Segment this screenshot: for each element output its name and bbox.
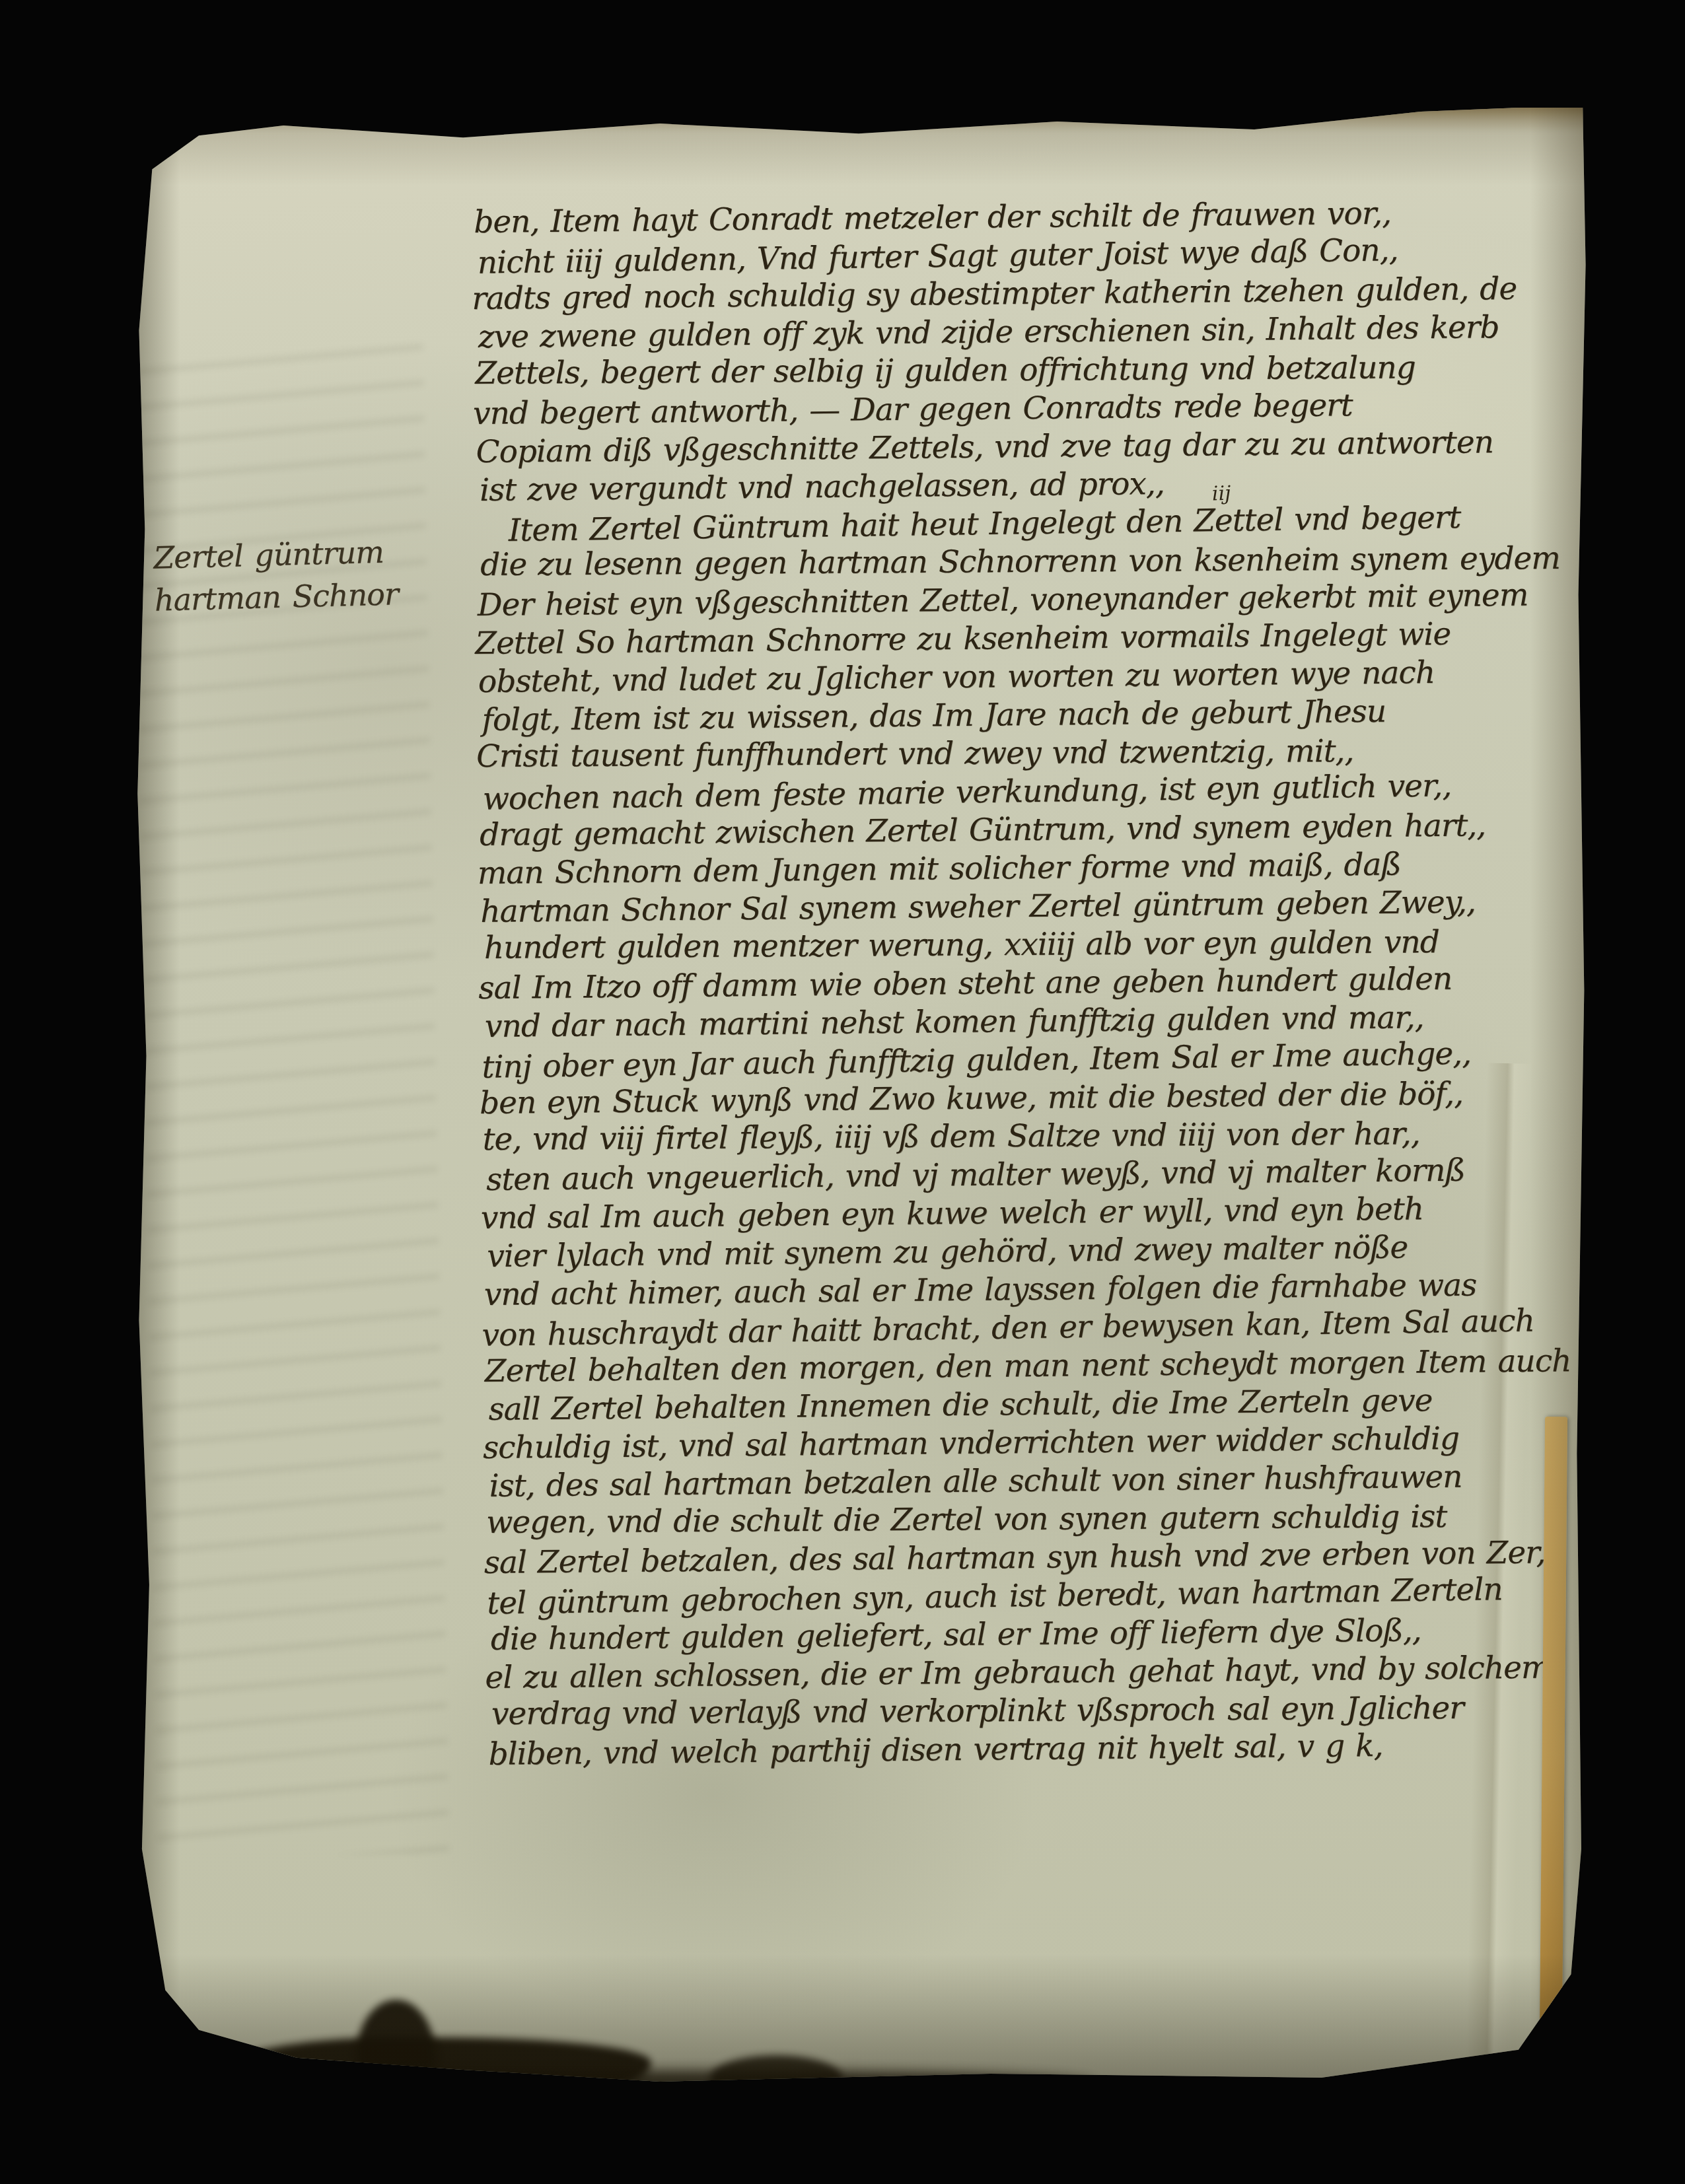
bottom-stain bbox=[357, 2000, 436, 2099]
photo-background: Zertel güntrum hartman Schnor ben, Item … bbox=[0, 0, 1685, 2184]
interline-insertion: iij bbox=[1211, 482, 1231, 506]
bottom-stain bbox=[710, 2055, 842, 2101]
margin-note-line: Zertel güntrum bbox=[153, 530, 398, 579]
top-edge-discoloration bbox=[129, 102, 1589, 132]
manuscript-page: Zertel güntrum hartman Schnor ben, Item … bbox=[129, 106, 1589, 2094]
manuscript-text: ben, Item hayt Conradt metzeler der schi… bbox=[474, 193, 1612, 1774]
repair-strip bbox=[1540, 1417, 1567, 2034]
margin-note: Zertel güntrum hartman Schnor bbox=[153, 530, 398, 621]
margin-note-line: hartman Schnor bbox=[154, 573, 399, 621]
